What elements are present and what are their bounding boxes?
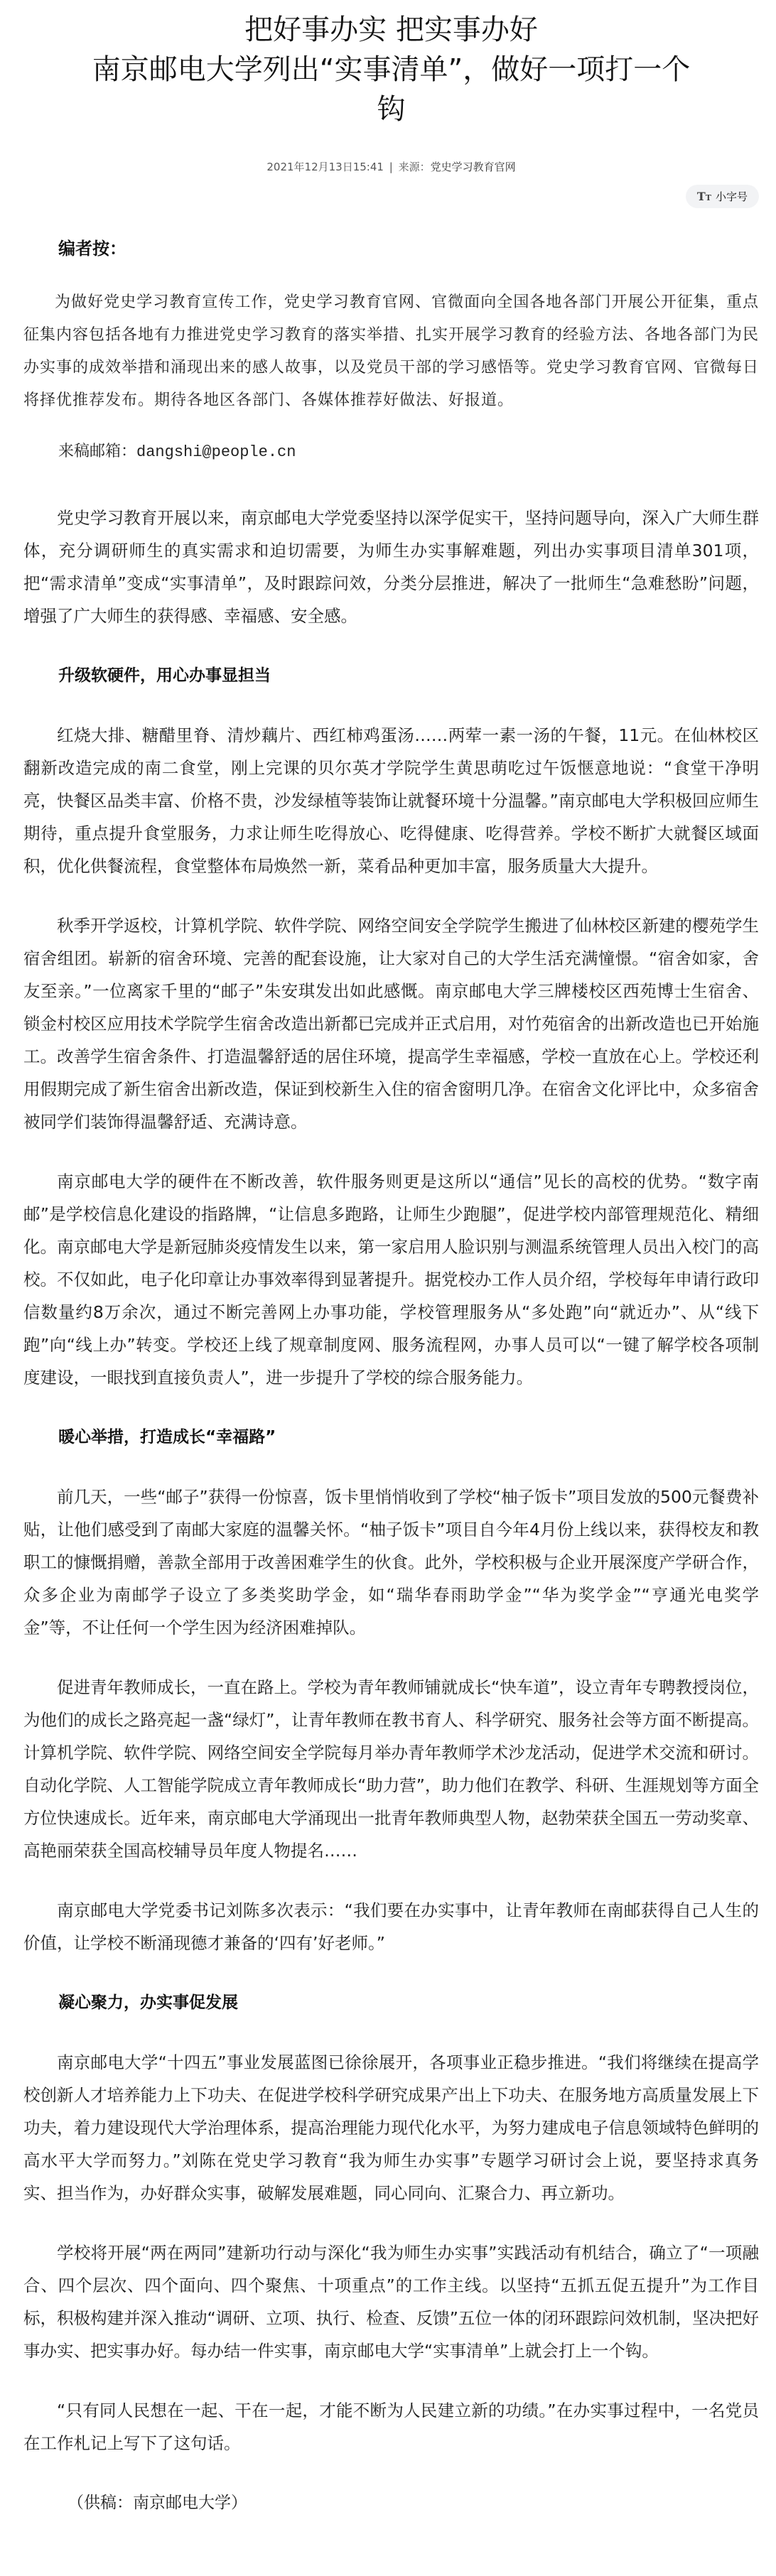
article-body: 党史学习教育开展以来，南京邮电大学党委坚持以深学促实干，坚持问题导向，深入广大师… bbox=[23, 502, 759, 2519]
article-title: 把好事办实 把实事办好 南京邮电大学列出“实事清单”，做好一项打一个 钩 bbox=[23, 10, 759, 129]
email-label: 来稿邮箱： bbox=[58, 443, 136, 460]
font-size-label: 小字号 bbox=[716, 189, 748, 204]
font-size-icon: TT bbox=[697, 190, 711, 203]
article-page: 把好事办实 把实事办好 南京邮电大学列出“实事清单”，做好一项打一个 钩 202… bbox=[0, 10, 776, 2519]
paragraph: “只有同人民想在一起、干在一起，才能不断为人民建立新的功绩。”在办实事过程中，一… bbox=[23, 2394, 759, 2459]
paragraph: 学校将开展“两在两同”建新功行动与深化“我为师生办实事”实践活动有机结合，确立了… bbox=[23, 2236, 759, 2367]
title-line-2: 南京邮电大学列出“实事清单”，做好一项打一个 bbox=[31, 50, 752, 90]
article-meta: 2021年12月13日15:41 | 来源：党史学习教育官网 bbox=[23, 159, 759, 175]
editor-note: 编者按： 为做好党史学习教育宣传工作，党史学习教育官网、官微面向全国各地各部门开… bbox=[23, 232, 759, 469]
paragraph: 秋季开学返校，计算机学院、软件学院、网络空间安全学院学生搬进了仙林校区新建的樱苑… bbox=[23, 909, 759, 1138]
article-credit: （供稿：南京邮电大学） bbox=[23, 2486, 759, 2519]
email-address[interactable]: dangshi@people.cn bbox=[136, 443, 296, 461]
paragraph: 南京邮电大学党委书记刘陈多次表示：“我们要在办实事中，让青年教师在南邮获得自己人… bbox=[23, 1894, 759, 1959]
intro-paragraph: 党史学习教育开展以来，南京邮电大学党委坚持以深学促实干，坚持问题导向，深入广大师… bbox=[23, 502, 759, 632]
publish-date: 2021年12月13日15:41 bbox=[266, 161, 384, 173]
paragraph: 南京邮电大学“十四五”事业发展蓝图已徐徐展开，各项事业正稳步推进。“我们将继续在… bbox=[23, 2046, 759, 2209]
source-name: 党史学习教育官网 bbox=[431, 161, 516, 173]
editor-note-heading: 编者按： bbox=[23, 232, 759, 265]
paragraph: 促进青年教师成长，一直在路上。学校为青年教师铺就成长“快车道”，设立青年专聘教授… bbox=[23, 1671, 759, 1867]
submission-email: 来稿邮箱：dangshi@people.cn bbox=[23, 435, 759, 469]
section-heading: 暖心举措，打造成长“幸福路” bbox=[23, 1421, 759, 1454]
paragraph: 南京邮电大学的硬件在不断改善，软件服务则更是这所以“通信”见长的高校的优势。“数… bbox=[23, 1165, 759, 1394]
title-line-3: 钩 bbox=[31, 90, 752, 129]
font-size-toggle-button[interactable]: TT 小字号 bbox=[686, 185, 759, 208]
meta-separator: | bbox=[389, 161, 393, 173]
section-heading: 凝心聚力，办实事促发展 bbox=[23, 1986, 759, 2019]
section-heading: 升级软硬件，用心办事显担当 bbox=[23, 659, 759, 692]
editor-note-text: 为做好党史学习教育宣传工作，党史学习教育官网、官微面向全国各地各部门开展公开征集… bbox=[23, 286, 759, 417]
article-toolbar: TT 小字号 bbox=[23, 185, 759, 208]
paragraph: 前几天，一些“邮子”获得一份惊喜，饭卡里悄悄收到了学校“柚子饭卡”项目发放的50… bbox=[23, 1481, 759, 1644]
title-line-1: 把好事办实 把实事办好 bbox=[31, 10, 752, 50]
source-label: 来源： bbox=[399, 161, 431, 173]
paragraph: 红烧大排、糖醋里脊、清炒藕片、西红柿鸡蛋汤……两荤一素一汤的午餐，11元。在仙林… bbox=[23, 719, 759, 882]
